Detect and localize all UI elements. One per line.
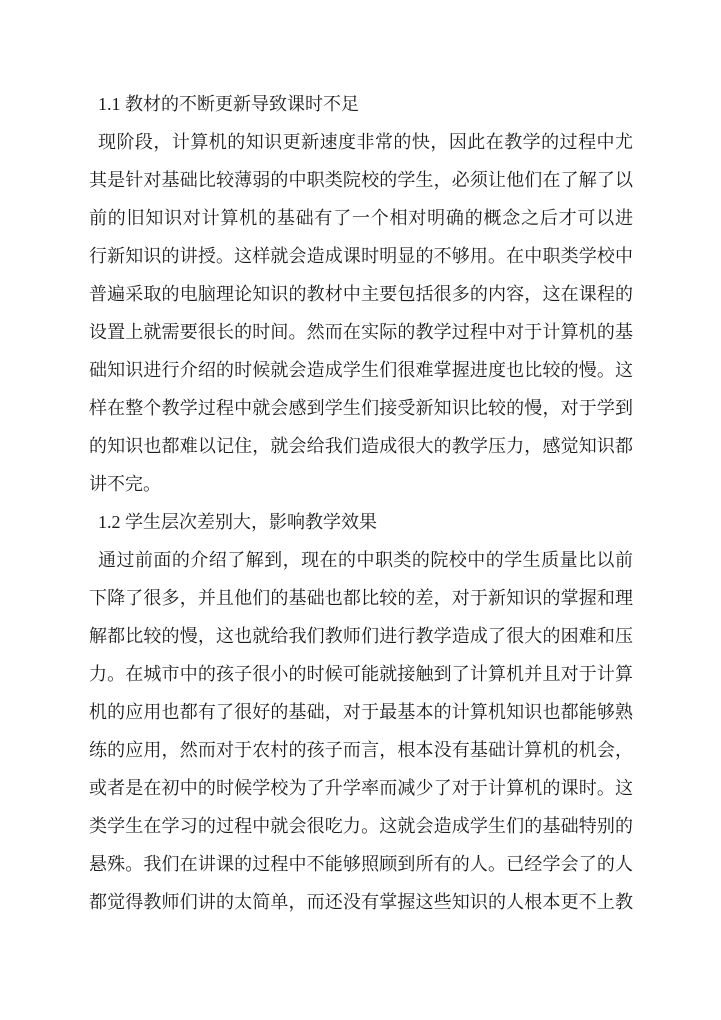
paragraph-line: 下降了很多，并且他们的基础也都比较的差，对于新知识的掌握和理 [89, 579, 633, 617]
paragraph-line: 现阶段，计算机的知识更新速度非常的快，因此在教学的过程中尤 [89, 123, 633, 161]
paragraph-line: 其是针对基础比较薄弱的中职类院校的学生，必须让他们在了解了以 [89, 161, 633, 199]
paragraph-line: 机的应用也都有了很好的基础，对于最基本的计算机知识也都能够熟 [89, 693, 633, 731]
paragraph-line: 都觉得教师们讲的太简单，而还没有掌握这些知识的人根本更不上教 [89, 883, 633, 921]
paragraph-line: 类学生在学习的过程中就会很吃力。这就会造成学生们的基础特别的 [89, 807, 633, 845]
paragraph-line: 础知识进行介绍的时候就会造成学生们很难掌握进度也比较的慢。这 [89, 351, 633, 389]
paragraph-line: 的知识也都难以记住，就会给我们造成很大的教学压力，感觉知识都 [89, 427, 633, 465]
paragraph-line: 练的应用，然而对于农村的孩子而言，根本没有基础计算机的机会， [89, 731, 633, 769]
paragraph-line: 设置上就需要很长的时间。然而在实际的教学过程中对于计算机的基 [89, 313, 633, 351]
section-heading: 1.2 学生层次差别大，影响教学效果 [89, 503, 633, 541]
paragraph-line: 通过前面的介绍了解到，现在的中职类的院校中的学生质量比以前 [89, 541, 633, 579]
paragraph-line: 力。在城市中的孩子很小的时候可能就接触到了计算机并且对于计算 [89, 655, 633, 693]
document-body: 1.1 教材的不断更新导致课时不足现阶段，计算机的知识更新速度非常的快，因此在教… [89, 85, 633, 921]
document-page: 1.1 教材的不断更新导致课时不足现阶段，计算机的知识更新速度非常的快，因此在教… [0, 0, 721, 1020]
paragraph-line: 样在整个教学过程中就会感到学生们接受新知识比较的慢，对于学到 [89, 389, 633, 427]
paragraph-line: 普遍采取的电脑理论知识的教材中主要包括很多的内容，这在课程的 [89, 275, 633, 313]
paragraph-line: 悬殊。我们在讲课的过程中不能够照顾到所有的人。已经学会了的人 [89, 845, 633, 883]
paragraph-line: 解都比较的慢，这也就给我们教师们进行教学造成了很大的困难和压 [89, 617, 633, 655]
section-heading: 1.1 教材的不断更新导致课时不足 [89, 85, 633, 123]
paragraph-line: 讲不完。 [89, 465, 633, 503]
paragraph-line: 或者是在初中的时候学校为了升学率而减少了对于计算机的课时。这 [89, 769, 633, 807]
paragraph-line: 前的旧知识对计算机的基础有了一个相对明确的概念之后才可以进 [89, 199, 633, 237]
paragraph-line: 行新知识的讲授。这样就会造成课时明显的不够用。在中职类学校中 [89, 237, 633, 275]
